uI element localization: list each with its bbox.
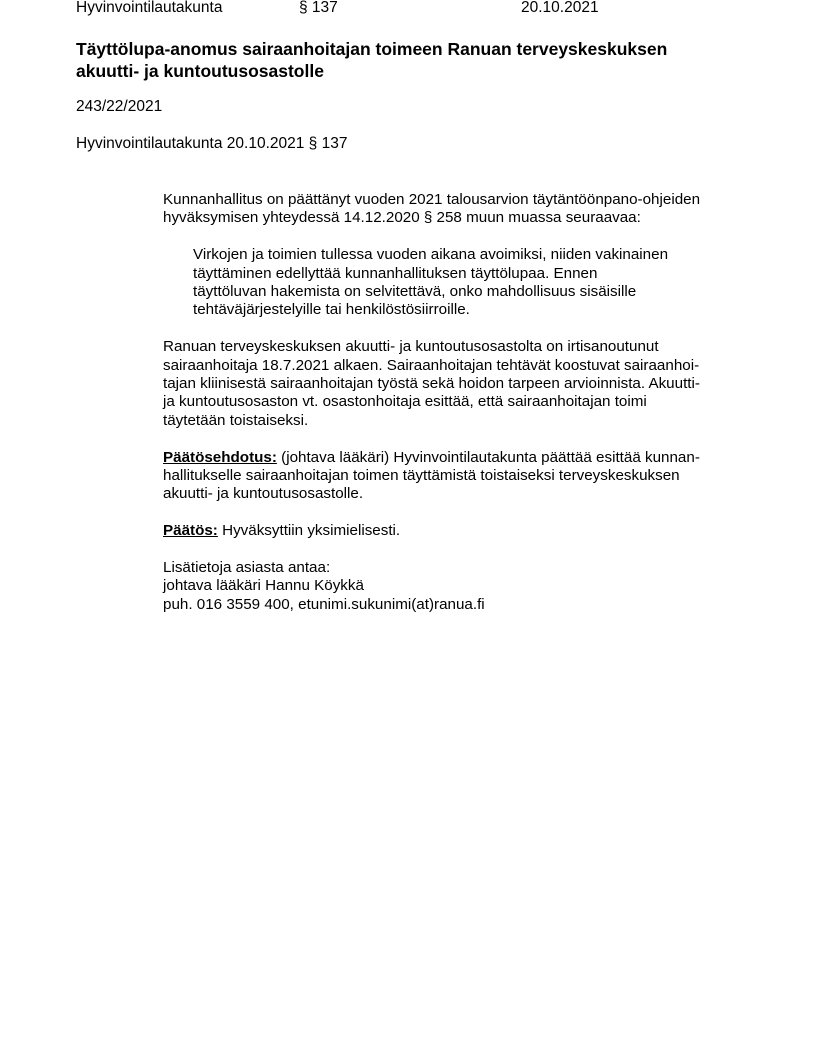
text-line: Päätösehdotus: (johtava lääkäri) Hyvinvo… bbox=[163, 449, 738, 467]
intro-paragraph: Kunnanhallitus on päättänyt vuoden 2021 … bbox=[163, 191, 738, 228]
proposal-label: Päätösehdotus: bbox=[163, 449, 277, 466]
title-line: Täyttölupa-anomus sairaanhoitajan toimee… bbox=[76, 38, 736, 60]
text-line: ja kuntoutusosaston vt. osastonhoitaja e… bbox=[163, 393, 738, 411]
text-line: tehtäväjärjestelyille tai henkilöstösiir… bbox=[193, 301, 738, 319]
header-committee: Hyvinvointilautakunta bbox=[76, 0, 222, 17]
contact-paragraph: Lisätietoja asiasta antaa: johtava lääkä… bbox=[163, 559, 738, 614]
document-body: Kunnanhallitus on päättänyt vuoden 2021 … bbox=[163, 191, 738, 633]
meeting-reference: Hyvinvointilautakunta 20.10.2021 § 137 bbox=[76, 135, 347, 153]
text-line: sairaanhoitaja 18.7.2021 alkaen. Sairaan… bbox=[163, 357, 738, 375]
proposal-paragraph: Päätösehdotus: (johtava lääkäri) Hyvinvo… bbox=[163, 449, 738, 504]
text-line: hallitukselle sairaanhoitajan toimen täy… bbox=[163, 467, 738, 485]
text-line: johtava lääkäri Hannu Köykkä bbox=[163, 577, 738, 595]
proposal-text: (johtava lääkäri) Hyvinvointilautakunta … bbox=[277, 449, 700, 466]
case-number: 243/22/2021 bbox=[76, 98, 162, 116]
text-line: hyväksymisen yhteydessä 14.12.2020 § 258… bbox=[163, 209, 738, 227]
text-line: puh. 016 3559 400, etunimi.sukunimi(at)r… bbox=[163, 596, 738, 614]
background-paragraph: Ranuan terveyskeskuksen akuutti- ja kunt… bbox=[163, 338, 738, 430]
decision-paragraph: Päätös: Hyväksyttiin yksimielisesti. bbox=[163, 522, 738, 540]
text-line: Ranuan terveyskeskuksen akuutti- ja kunt… bbox=[163, 338, 738, 356]
text-line: Kunnanhallitus on päättänyt vuoden 2021 … bbox=[163, 191, 738, 209]
quoted-paragraph: Virkojen ja toimien tullessa vuoden aika… bbox=[193, 246, 738, 320]
text-line: täyttäminen edellyttää kunnanhallituksen… bbox=[193, 265, 738, 283]
header-section: § 137 bbox=[299, 0, 338, 17]
decision-label: Päätös: bbox=[163, 522, 218, 539]
header-date: 20.10.2021 bbox=[521, 0, 599, 17]
text-line: täyttöluvan hakemista on selvitettävä, o… bbox=[193, 283, 738, 301]
decision-text: Hyväksyttiin yksimielisesti. bbox=[218, 522, 400, 539]
document-title: Täyttölupa-anomus sairaanhoitajan toimee… bbox=[76, 38, 736, 82]
text-line: Lisätietoja asiasta antaa: bbox=[163, 559, 738, 577]
page-header: Hyvinvointilautakunta § 137 20.10.2021 bbox=[76, 0, 776, 19]
title-line: akuutti- ja kuntoutusosastolle bbox=[76, 60, 736, 82]
text-line: akuutti- ja kuntoutusosastolle. bbox=[163, 485, 738, 503]
text-line: tajan kliinisestä sairaanhoitajan työstä… bbox=[163, 375, 738, 393]
text-line: Virkojen ja toimien tullessa vuoden aika… bbox=[193, 246, 738, 264]
text-line: täytetään toistaiseksi. bbox=[163, 412, 738, 430]
